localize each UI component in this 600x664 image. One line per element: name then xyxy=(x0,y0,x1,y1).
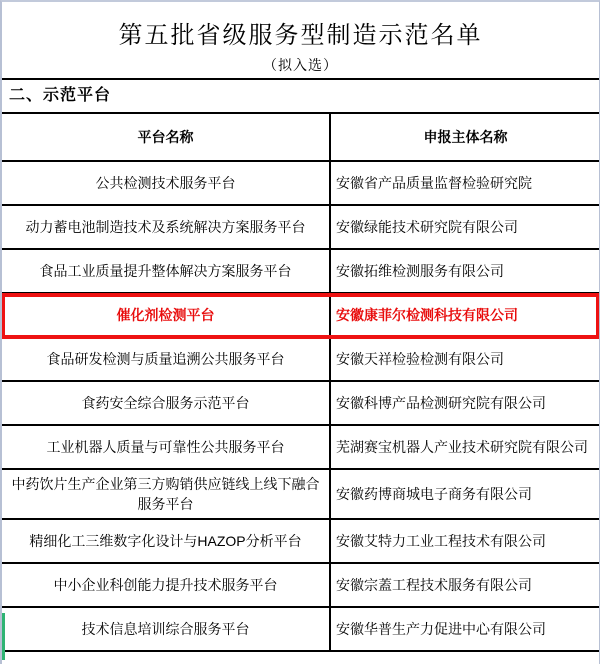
table-row: 技术信息培训综合服务平台 安徽华普生产力促进中心有限公司 xyxy=(2,608,599,652)
platform-cell: 食品研发检测与质量追溯公共服务平台 xyxy=(2,338,331,380)
page-subtitle: （拟入选） xyxy=(2,55,599,75)
table-row: 中小企业科创能力提升技术服务平台 安徽宗蓋工程技术服务有限公司 xyxy=(2,564,599,608)
table-row: 动力蓄电池制造技术及系统解决方案服务平台 安徽绿能技术研究院有限公司 xyxy=(2,206,599,250)
title-block: 第五批省级服务型制造示范名单 （拟入选） xyxy=(2,2,599,80)
table-row: 中药饮片生产企业第三方购销供应链线上线下融合服务平台 安徽药博商城电子商务有限公… xyxy=(2,470,599,520)
company-column-header: 申报主体名称 xyxy=(331,114,599,160)
platform-cell: 公共检测技术服务平台 xyxy=(2,162,331,204)
table-header-row: 平台名称 申报主体名称 xyxy=(2,114,599,162)
platform-cell: 食药安全综合服务示范平台 xyxy=(2,382,331,424)
green-left-marker xyxy=(2,613,5,660)
platform-cell: 中药饮片生产企业第三方购销供应链线上线下融合服务平台 xyxy=(2,470,331,518)
company-cell: 芜湖赛宝机器人产业技术研究院有限公司 xyxy=(331,426,599,468)
table-row: 食品研发检测与质量追溯公共服务平台 安徽天祥检验检测有限公司 xyxy=(2,338,599,382)
table-row: 食药安全综合服务示范平台 安徽科博产品检测研究院有限公司 xyxy=(2,382,599,426)
company-cell: 安徽绿能技术研究院有限公司 xyxy=(331,206,599,248)
platform-cell: 中小企业科创能力提升技术服务平台 xyxy=(2,564,331,606)
document-sheet: 第五批省级服务型制造示范名单 （拟入选） 二、示范平台 平台名称 申报主体名称 … xyxy=(0,0,600,664)
platform-cell: 食品工业质量提升整体解决方案服务平台 xyxy=(2,250,331,292)
table-row: 精细化工三维数字化设计与HAZOP分析平台 安徽艾特力工业工程技术有限公司 xyxy=(2,520,599,564)
platform-cell: 精细化工三维数字化设计与HAZOP分析平台 xyxy=(2,520,331,562)
section-header: 二、示范平台 xyxy=(2,80,599,114)
table-row: 工业机器人质量与可靠性公共服务平台 芜湖赛宝机器人产业技术研究院有限公司 xyxy=(2,426,599,470)
company-cell: 安徽艾特力工业工程技术有限公司 xyxy=(331,520,599,562)
company-cell: 安徽科博产品检测研究院有限公司 xyxy=(331,382,599,424)
table-body: 公共检测技术服务平台 安徽省产品质量监督检验研究院 动力蓄电池制造技术及系统解决… xyxy=(2,162,599,652)
company-cell: 安徽天祥检验检测有限公司 xyxy=(331,338,599,380)
company-cell: 安徽宗蓋工程技术服务有限公司 xyxy=(331,564,599,606)
company-cell: 安徽拓维检测服务有限公司 xyxy=(331,250,599,292)
table-row: 食品工业质量提升整体解决方案服务平台 安徽拓维检测服务有限公司 xyxy=(2,250,599,294)
platform-cell: 催化剂检测平台 xyxy=(2,294,331,336)
company-cell: 安徽省产品质量监督检验研究院 xyxy=(331,162,599,204)
company-cell: 安徽康菲尔检测科技有限公司 xyxy=(331,294,599,336)
table-row: 公共检测技术服务平台 安徽省产品质量监督检验研究院 xyxy=(2,162,599,206)
platform-cell: 技术信息培训综合服务平台 xyxy=(2,608,331,650)
company-cell: 安徽华普生产力促进中心有限公司 xyxy=(331,608,599,650)
demonstration-platform-table: 平台名称 申报主体名称 公共检测技术服务平台 安徽省产品质量监督检验研究院 动力… xyxy=(2,114,599,652)
page-title: 第五批省级服务型制造示范名单 xyxy=(2,2,599,50)
platform-cell: 动力蓄电池制造技术及系统解决方案服务平台 xyxy=(2,206,331,248)
table-row: 催化剂检测平台 安徽康菲尔检测科技有限公司 xyxy=(2,294,599,338)
platform-cell: 工业机器人质量与可靠性公共服务平台 xyxy=(2,426,331,468)
company-cell: 安徽药博商城电子商务有限公司 xyxy=(331,470,599,518)
platform-column-header: 平台名称 xyxy=(2,114,331,160)
